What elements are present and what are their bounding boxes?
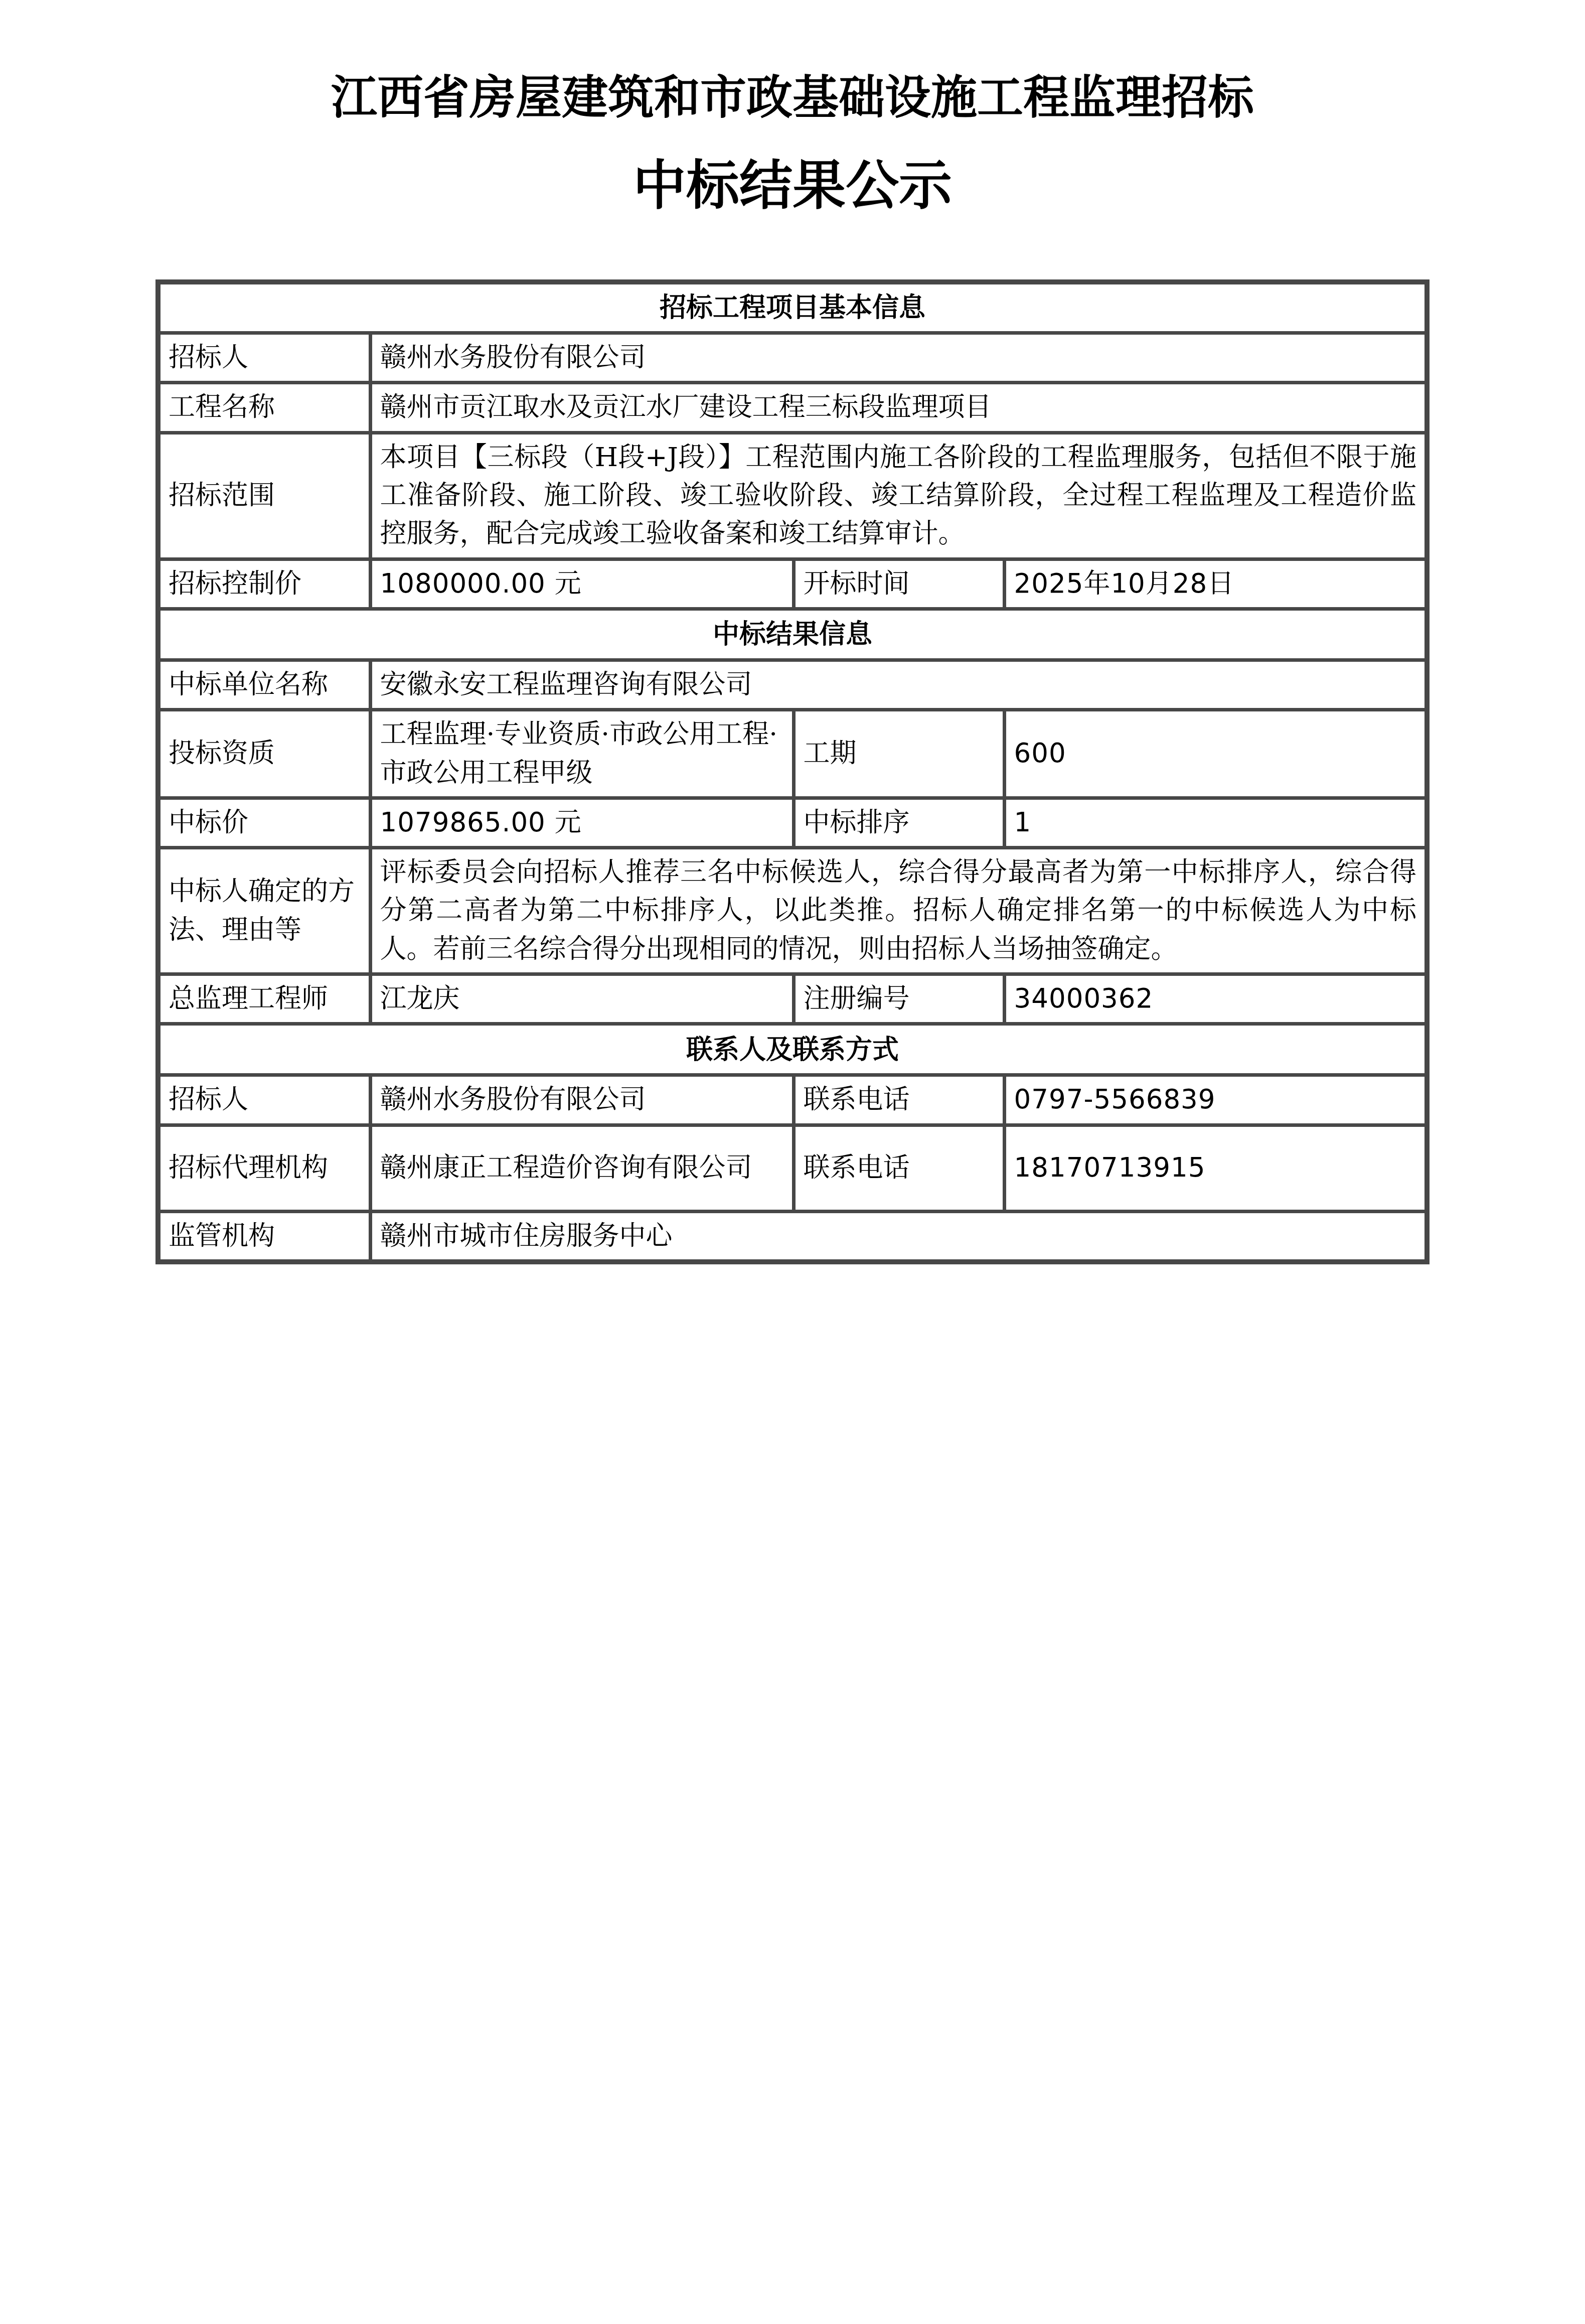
bid-scope-value: 本项目【三标段（H段+J段）】工程范围内施工各阶段的工程监理服务，包括但不限于施… [370,432,1427,559]
contact-phone2-label: 联系电话 [794,1125,1004,1211]
winning-rank-label: 中标排序 [794,798,1004,847]
row-chief-engineer: 总监理工程师 江龙庆 注册编号 34000362 [158,974,1427,1024]
project-name-value: 赣州市贡江取水及贡江水厂建设工程三标段监理项目 [370,383,1427,432]
control-price-value: 1080000.00 元 [370,559,794,609]
section-basic-info-header-row: 招标工程项目基本信息 [158,282,1427,333]
section-contacts-header-row: 联系人及联系方式 [158,1024,1427,1075]
row-determination-method: 中标人确定的方法、理由等 评标委员会向招标人推荐三名中标候选人，综合得分最高者为… [158,848,1427,974]
agency-value: 赣州康正工程造价咨询有限公司 [370,1125,794,1211]
section-result-title: 中标结果信息 [158,609,1427,660]
contact-phone1-value: 0797-5566839 [1004,1075,1427,1125]
row-project-name: 工程名称 赣州市贡江取水及贡江水厂建设工程三标段监理项目 [158,383,1427,432]
document-subtitle: 中标结果公示 [0,156,1585,215]
project-name-label: 工程名称 [158,383,370,432]
contact-bidder-value: 赣州水务股份有限公司 [370,1075,794,1125]
blank-page-area [0,1264,1585,2067]
section-contacts-title: 联系人及联系方式 [158,1024,1427,1075]
winner-name-label: 中标单位名称 [158,660,370,709]
bid-scope-label: 招标范围 [158,432,370,559]
contact-bidder-label: 招标人 [158,1075,370,1125]
registration-no-label: 注册编号 [794,974,1004,1024]
winning-price-label: 中标价 [158,798,370,847]
row-regulator: 监管机构 赣州市城市住房服务中心 [158,1211,1427,1262]
contact-phone1-label: 联系电话 [794,1075,1004,1125]
row-qualification: 投标资质 工程监理·专业资质·市政公用工程·市政公用工程甲级 工期 600 [158,710,1427,798]
winning-rank-value: 1 [1004,798,1427,847]
row-bid-scope: 招标范围 本项目【三标段（H段+J段）】工程范围内施工各阶段的工程监理服务，包括… [158,432,1427,559]
section-basic-info-title: 招标工程项目基本信息 [158,282,1427,333]
bid-result-table: 招标工程项目基本信息 招标人 赣州水务股份有限公司 工程名称 赣州市贡江取水及贡… [155,279,1430,1265]
row-winning-price: 中标价 1079865.00 元 中标排序 1 [158,798,1427,847]
section-result-header-row: 中标结果信息 [158,609,1427,660]
duration-label: 工期 [794,710,1004,798]
bidder-value: 赣州水务股份有限公司 [370,333,1427,383]
registration-no-value: 34000362 [1004,974,1427,1024]
chief-engineer-label: 总监理工程师 [158,974,370,1024]
winner-name-value: 安徽永安工程监理咨询有限公司 [370,660,1427,709]
qualification-value: 工程监理·专业资质·市政公用工程·市政公用工程甲级 [370,710,794,798]
regulator-label: 监管机构 [158,1211,370,1262]
determination-method-value: 评标委员会向招标人推荐三名中标候选人，综合得分最高者为第一中标排序人，综合得分第… [370,848,1427,974]
control-price-label: 招标控制价 [158,559,370,609]
row-winner-name: 中标单位名称 安徽永安工程监理咨询有限公司 [158,660,1427,709]
chief-engineer-value: 江龙庆 [370,974,794,1024]
regulator-value: 赣州市城市住房服务中心 [370,1211,1427,1262]
qualification-label: 投标资质 [158,710,370,798]
duration-value: 600 [1004,710,1427,798]
contact-phone2-value: 18170713915 [1004,1125,1427,1211]
row-bidder: 招标人 赣州水务股份有限公司 [158,333,1427,383]
document-title: 江西省房屋建筑和市政基础设施工程监理招标 [0,71,1585,124]
bidder-label: 招标人 [158,333,370,383]
row-contact-bidder: 招标人 赣州水务股份有限公司 联系电话 0797-5566839 [158,1075,1427,1125]
winning-price-value: 1079865.00 元 [370,798,794,847]
open-time-value: 2025年10月28日 [1004,559,1427,609]
row-agency: 招标代理机构 赣州康正工程造价咨询有限公司 联系电话 18170713915 [158,1125,1427,1211]
determination-method-label: 中标人确定的方法、理由等 [158,848,370,974]
agency-label: 招标代理机构 [158,1125,370,1211]
row-control-price: 招标控制价 1080000.00 元 开标时间 2025年10月28日 [158,559,1427,609]
open-time-label: 开标时间 [794,559,1004,609]
